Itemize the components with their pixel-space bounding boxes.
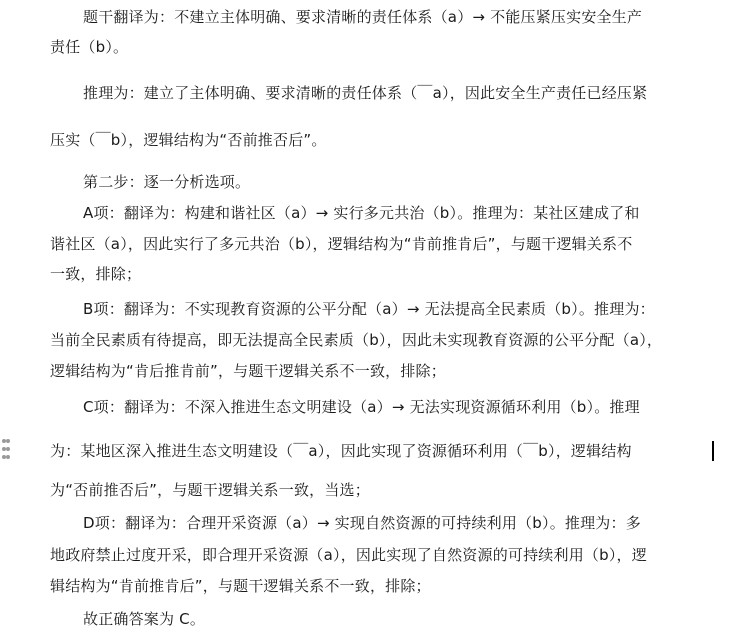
drag-handle-icon[interactable]: [2, 437, 10, 461]
paragraph-option-b: B项：翻译为：不实现教育资源的公平分配（a）→ 无法提高全民素质（b）。推理为：: [83, 299, 655, 319]
paragraph-option-d-cont-2: 辑结构为“肯前推肯后”，与题干逻辑关系不一致，排除；: [50, 576, 431, 596]
paragraph-option-c-cont-1: 为：某地区深入推进生态文明建设（￣a），因此实现了资源循环利用（￣b），逻辑结构: [50, 441, 632, 461]
paragraph-stem-translation: 题干翻译为：不建立主体明确、要求清晰的责任体系（a）→ 不能压紧压实安全生产: [83, 7, 642, 27]
paragraph-option-a-cont-2: 一致，排除；: [50, 264, 141, 284]
paragraph-option-b-cont-2: 逻辑结构为“肯后推肯前”，与题干逻辑关系不一致，排除；: [50, 361, 446, 381]
paragraph-option-b-cont-1: 当前全民素质有待提高，即无法提高全民素质（b），因此未实现教育资源的公平分配（a…: [50, 330, 662, 350]
paragraph-option-d: D项：翻译为：合理开采资源（a）→ 实现自然资源的可持续利用（b）。推理为：多: [83, 513, 641, 533]
paragraph-stem-translation-cont: 责任（b）。: [50, 37, 128, 57]
paragraph-stem-inference-cont: 压实（￣b），逻辑结构为“否前推否后”。: [50, 130, 327, 150]
paragraph-stem-inference: 推理为：建立了主体明确、要求清晰的责任体系（￣a），因此安全生产责任已经压紧: [83, 83, 647, 103]
paragraph-option-a-cont-1: 谐社区（a），因此实行了多元共治（b），逻辑结构为“肯前推肯后”，与题干逻辑关系…: [50, 234, 632, 254]
paragraph-option-d-cont-1: 地政府禁止过度开采，即合理开采资源（a），因此实现了自然资源的可持续利用（b），…: [50, 545, 647, 565]
paragraph-answer: 故正确答案为 C。: [83, 609, 205, 629]
text-cursor: [712, 441, 714, 461]
paragraph-option-c-cont-2: 为“否前推否后”，与题干逻辑关系一致，当选；: [50, 480, 370, 500]
document-body[interactable]: 题干翻译为：不建立主体明确、要求清晰的责任体系（a）→ 不能压紧压实安全生产 责…: [0, 0, 753, 633]
paragraph-option-a: A项：翻译为：构建和谐社区（a）→ 实行多元共治（b）。推理为：某社区建成了和: [83, 203, 640, 223]
paragraph-option-c: C项：翻译为：不深入推进生态文明建设（a）→ 无法实现资源循环利用（b）。推理: [83, 397, 640, 417]
paragraph-step-two: 第二步：逐一分析选项。: [83, 172, 250, 192]
